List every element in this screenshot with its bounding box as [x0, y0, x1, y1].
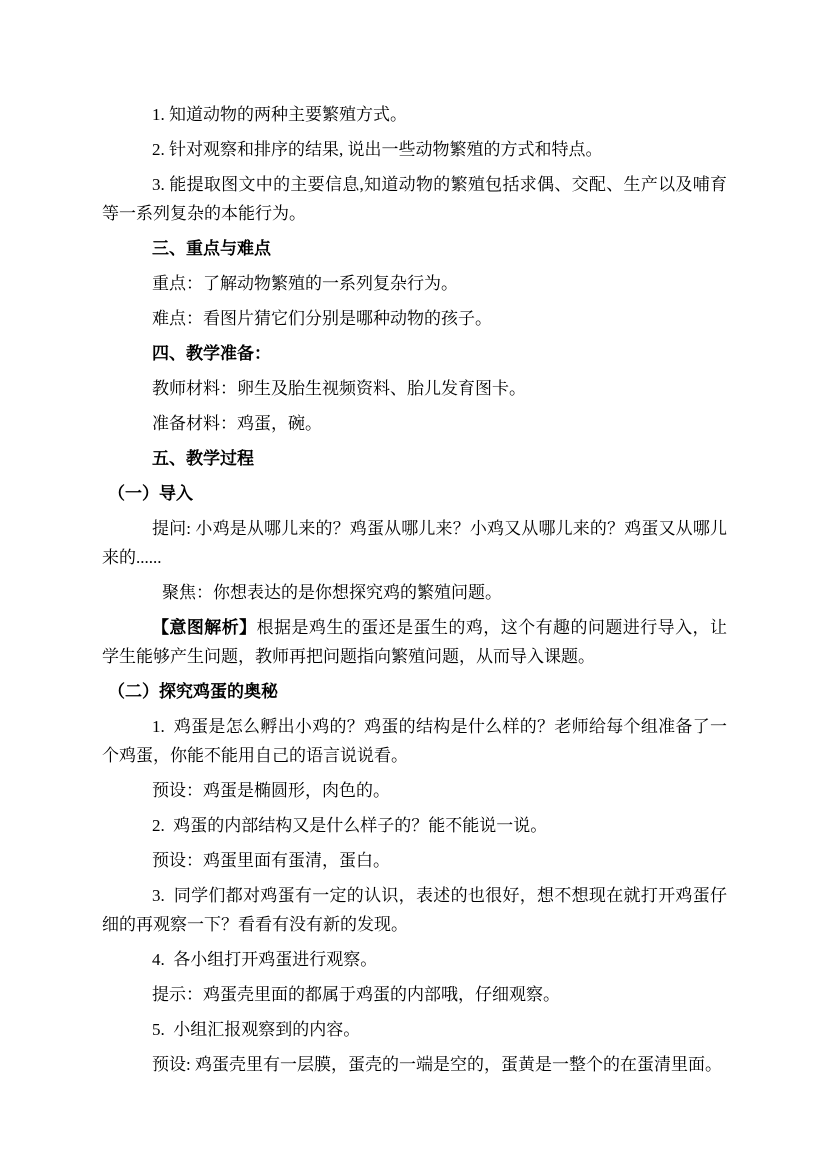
prepared-materials-line: 准备材料：鸡蛋，碗。	[102, 409, 727, 438]
key-point-line: 重点：了解动物繁殖的一系列复杂行为。	[102, 269, 727, 298]
document-page: 1. 知道动物的两种主要繁殖方式。 2. 针对观察和排序的结果, 说出一些动物繁…	[0, 0, 827, 1170]
objective-item-2: 2. 针对观察和排序的结果, 说出一些动物繁殖的方式和特点。	[102, 135, 727, 164]
subsection-heading-explore-egg: （二）探究鸡蛋的奥秘	[102, 677, 727, 706]
subsection-heading-lead-in: （一）导入	[102, 479, 727, 508]
objective-item-3: 3. 能提取图文中的主要信息,知道动物的繁殖包括求偶、交配、生产以及哺育等一系列…	[102, 170, 727, 228]
preset-line-3: 预设: 鸡蛋壳里有一层膜，蛋壳的一端是空的，蛋黄是一整个的在蛋清里面。	[102, 1050, 727, 1079]
intent-analysis-label: 【意图解析】	[152, 618, 257, 637]
objective-item-1: 1. 知道动物的两种主要繁殖方式。	[102, 100, 727, 129]
preset-line-2: 预设：鸡蛋里面有蛋清，蛋白。	[102, 846, 727, 875]
teacher-materials-line: 教师材料：卵生及胎生视频资料、胎儿发育图卡。	[102, 374, 727, 403]
difficult-point-line: 难点：看图片猜它们分别是哪种动物的孩子。	[102, 304, 727, 333]
intent-analysis-paragraph: 【意图解析】根据是鸡生的蛋还是蛋生的鸡，这个有趣的问题进行导入，让学生能够产生问…	[102, 613, 727, 671]
explore-step-4-line: 4. 各小组打开鸡蛋进行观察。	[102, 945, 727, 974]
explore-step-3-line: 3. 同学们都对鸡蛋有一定的认识，表述的也很好，想不想现在就打开鸡蛋仔细的再观察…	[102, 881, 727, 939]
lead-in-question-line: 提问: 小鸡是从哪儿来的？鸡蛋从哪儿来？小鸡又从哪儿来的？鸡蛋又从哪儿来的...…	[102, 514, 727, 572]
tip-line: 提示：鸡蛋壳里面的都属于鸡蛋的内部哦，仔细观察。	[102, 980, 727, 1009]
section-heading-teaching-process: 五、教学过程	[102, 444, 727, 473]
section-heading-key-difficult-points: 三、重点与难点	[102, 234, 727, 263]
explore-step-1-line: 1. 鸡蛋是怎么孵出小鸡的？鸡蛋的结构是什么样的？老师给每个组准备了一个鸡蛋，你…	[102, 712, 727, 770]
section-heading-teaching-preparation: 四、教学准备：	[102, 339, 727, 368]
explore-step-5-line: 5. 小组汇报观察到的内容。	[102, 1015, 727, 1044]
explore-step-2-line: 2. 鸡蛋的内部结构又是什么样子的？能不能说一说。	[102, 811, 727, 840]
preset-line-1: 预设：鸡蛋是椭圆形，肉色的。	[102, 776, 727, 805]
focus-line: 聚焦：你想表达的是你想探究鸡的繁殖问题。	[102, 578, 727, 607]
